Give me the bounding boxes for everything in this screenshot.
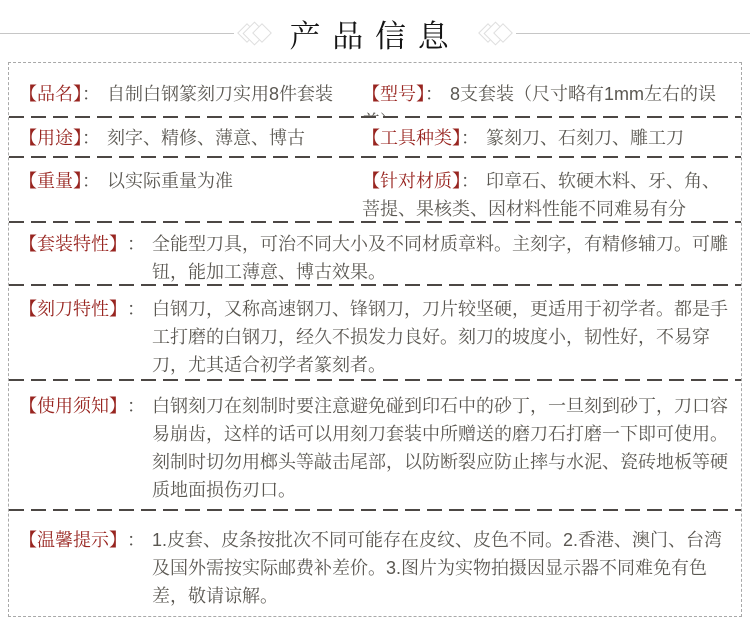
usage-notes-value: 白钢刻刀在刻制时要注意避免碰到印石中的砂丁，一旦刻到砂丁，刀口容易崩齿，这样的话…: [152, 392, 733, 504]
usage-notes-label: 【使用须知】: [19, 392, 127, 420]
row-usage-notes: 【使用须知】： 白钢刻刀在刻制时要注意避免碰到印石中的砂丁，一旦刻到砂丁，刀口容…: [9, 381, 741, 509]
tips-value: 1.皮套、皮条按批次不同可能存在皮纹、皮色不同。2.香港、澳门、台湾及国外需按实…: [152, 526, 733, 610]
cell-product-name: 【品名】：自制白钢篆刻刀实用8件套装: [19, 80, 362, 116]
product-name-label: 【品名】: [19, 84, 82, 104]
row-set-features: 【套装特性】： 全能型刀具，可治不同大小及不同材质章料。主刻字，有精修辅刀。可雕…: [9, 223, 741, 284]
set-features-value: 全能型刀具，可治不同大小及不同材质章料。主刻字，有精修辅刀。可雕钮，能加工薄意、…: [152, 230, 733, 284]
knife-features-value: 白钢刀，又称高速钢刀、锋钢刀，刀片较坚硬，更适用于初学者。都是手工打磨的白钢刀，…: [152, 295, 733, 379]
knife-features-label: 【刻刀特性】: [19, 295, 127, 323]
product-info-table: 【品名】：自制白钢篆刻刀实用8件套装 【型号】：8支套装（尺寸略有1mm左右的误…: [8, 62, 742, 617]
colon: ：: [82, 128, 100, 148]
materials-label: 【针对材质】: [362, 171, 461, 191]
weight-value: 以实际重量为准: [107, 171, 233, 191]
colon: ：: [127, 230, 145, 258]
tips-label: 【温馨提示】: [19, 526, 127, 554]
cell-usage: 【用途】：刻字、精修、薄意、博古: [19, 124, 362, 156]
page-title: 产品信息: [289, 11, 460, 56]
cell-weight: 【重量】：以实际重量为准: [19, 167, 362, 221]
colon: ：: [127, 295, 145, 323]
cell-tool-types: 【工具种类】：篆刻刀、石刻刀、雕工刀: [362, 124, 733, 156]
colon: ：: [82, 171, 100, 191]
usage-label: 【用途】: [19, 128, 82, 148]
colon: ：: [425, 84, 443, 104]
diamond-ornament-right-icon: [481, 25, 510, 42]
diamond-ornament-left-icon: [240, 25, 269, 42]
row-weight-materials: 【重量】：以实际重量为准 【针对材质】：印章石、软硬木料、牙、角、菩提、果核类、…: [9, 158, 741, 221]
colon: ：: [461, 171, 479, 191]
model-label: 【型号】: [362, 84, 425, 104]
colon: ：: [127, 392, 145, 420]
row-knife-features: 【刻刀特性】： 白钢刀，又称高速钢刀、锋钢刀，刀片较坚硬，更适用于初学者。都是手…: [9, 286, 741, 379]
row-name-model: 【品名】：自制白钢篆刻刀实用8件套装 【型号】：8支套装（尺寸略有1mm左右的误…: [9, 63, 741, 116]
row-usage-tooltypes: 【用途】：刻字、精修、薄意、博古 【工具种类】：篆刻刀、石刻刀、雕工刀: [9, 118, 741, 156]
title-rule-right: [516, 33, 750, 34]
colon: ：: [82, 84, 100, 104]
colon: ：: [461, 128, 479, 148]
title-rule-left: [0, 33, 234, 34]
row-tips: 【温馨提示】： 1.皮套、皮条按批次不同可能存在皮纹、皮色不同。2.香港、澳门、…: [9, 511, 741, 616]
cell-materials: 【针对材质】：印章石、软硬木料、牙、角、菩提、果核类、因材料性能不同难易有分: [362, 167, 733, 221]
usage-value: 刻字、精修、薄意、博古: [107, 128, 305, 148]
product-name-value: 自制白钢篆刻刀实用8件套装: [107, 84, 333, 104]
set-features-label: 【套装特性】: [19, 230, 127, 258]
cell-model: 【型号】：8支套装（尺寸略有1mm左右的误差）: [362, 80, 733, 116]
colon: ：: [127, 526, 145, 554]
weight-label: 【重量】: [19, 171, 82, 191]
tool-types-value: 篆刻刀、石刻刀、雕工刀: [486, 128, 684, 148]
title-bar: 产品信息: [0, 0, 750, 62]
tool-types-label: 【工具种类】: [362, 128, 461, 148]
